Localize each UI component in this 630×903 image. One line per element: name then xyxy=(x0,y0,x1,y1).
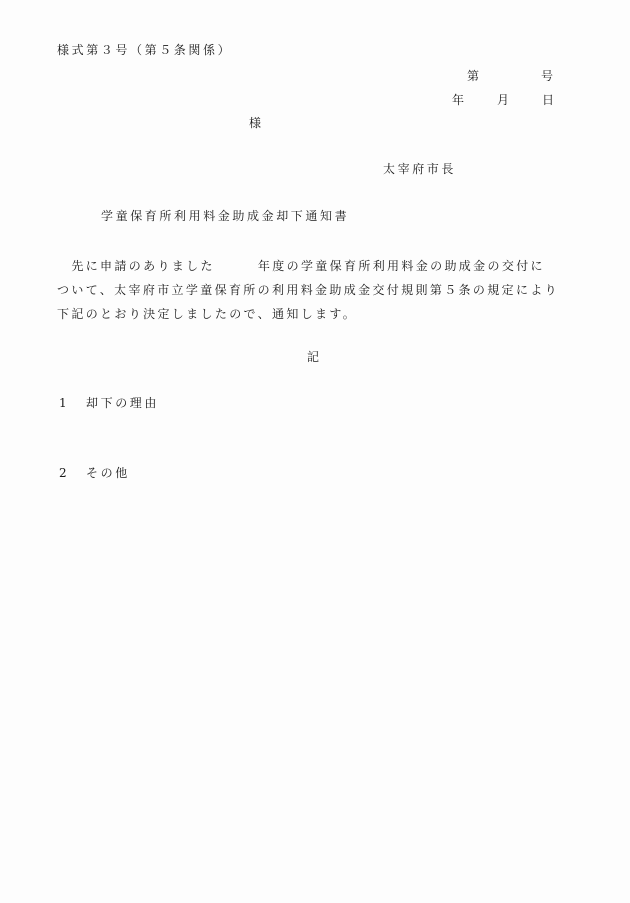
item-label: 却下の理由 xyxy=(86,395,159,411)
body-paragraph: 先に申請のありました 年度の学童保育所利用料金の助成金の交付に ついて、太宰府市… xyxy=(57,254,587,326)
body-line: ついて、太宰府市立学童保育所の利用料金助成金交付規則第５条の規定により xyxy=(57,278,587,302)
number-prefix: 第 xyxy=(467,68,482,84)
document-title: 学童保育所利用料金助成金却下通知書 xyxy=(101,208,349,224)
body-line: 先に申請のありました 年度の学童保育所利用料金の助成金の交付に xyxy=(57,254,587,278)
item-number: 2 xyxy=(59,465,69,481)
form-label: 様式第３号（第５条関係） xyxy=(57,42,232,58)
ki-heading: 記 xyxy=(307,349,322,365)
date-month: 月 xyxy=(497,92,512,108)
date-year: 年 xyxy=(452,92,467,108)
item-label: その他 xyxy=(86,465,130,481)
addressee-suffix: 様 xyxy=(249,115,264,131)
issuer: 太宰府市長 xyxy=(383,161,456,177)
item-number: 1 xyxy=(59,395,69,411)
body-line: 下記のとおり決定しましたので、通知します。 xyxy=(57,302,587,326)
number-suffix: 号 xyxy=(541,68,556,84)
date-day: 日 xyxy=(542,92,557,108)
